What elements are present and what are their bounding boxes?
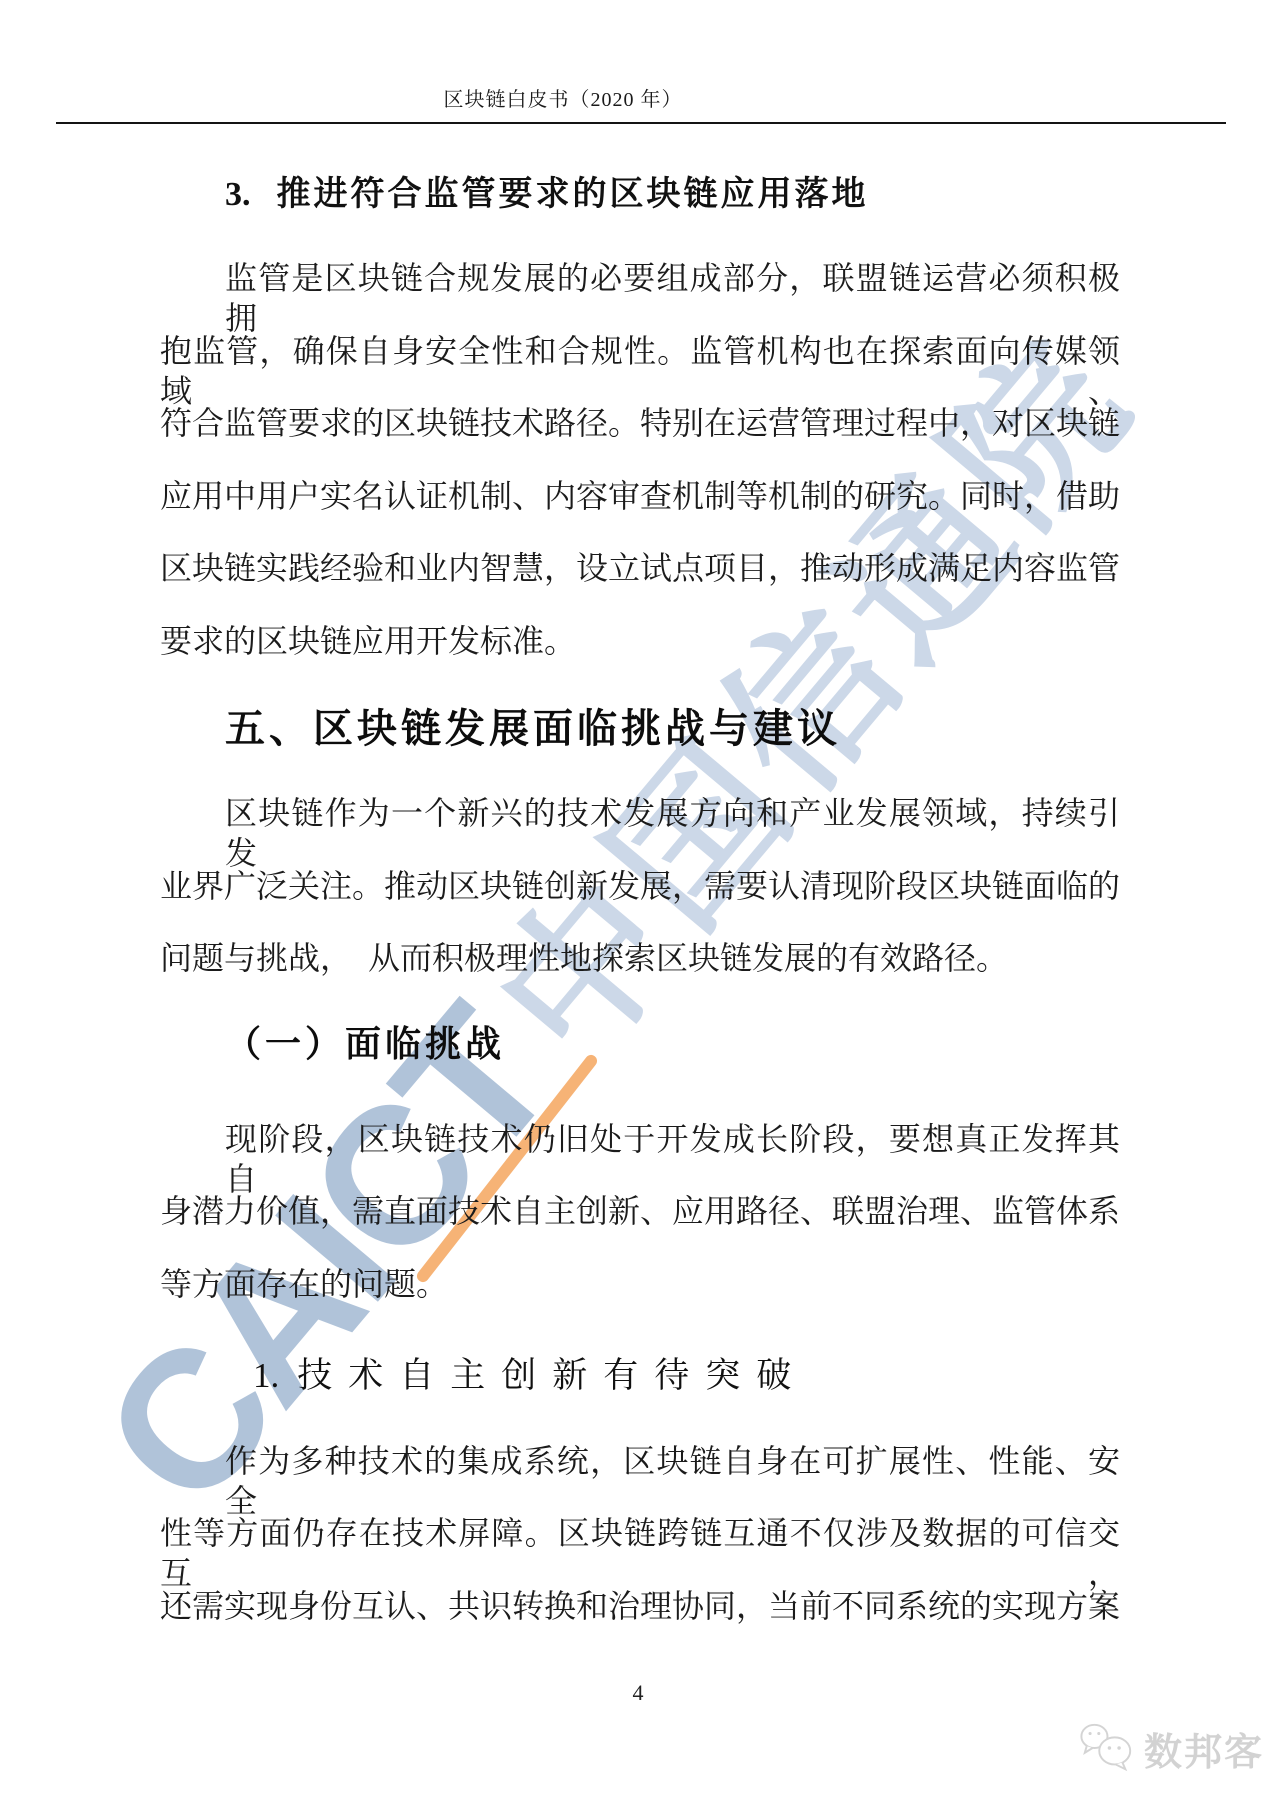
heading-section-3-title: 推进符合监管要求的区块链应用落地: [277, 176, 869, 213]
heading-chapter-5: 五、区块链发展面临挑战与建议: [225, 697, 841, 754]
document-header-title: 区块链白皮书（2020 年）: [0, 83, 1126, 112]
page-number: 4: [0, 1680, 1276, 1706]
brand-logo: 数邦客: [1078, 1720, 1264, 1776]
paragraph-line: 抱监管，确保自身安全性和合规性。监管机构也在探索面向传媒领域、: [160, 331, 1120, 411]
paragraph-line: 符合监管要求的区块链技术路径。特别在运营管理过程中，对区块链: [160, 403, 1120, 443]
paragraph-line: 性等方面仍存在技术屏障。区块链跨链互通不仅涉及数据的可信交互，: [160, 1513, 1120, 1593]
paragraph-line: 应用中用户实名认证机制、内容审查机制等机制的研究。同时，借助: [160, 476, 1120, 516]
heading-subsection-1: （一）面临挑战: [225, 1016, 505, 1067]
heading-item-1-title: 技术自主创新有待突破: [297, 1356, 807, 1395]
heading-item-1: 1.技术自主创新有待突破: [253, 1348, 807, 1398]
heading-item-1-number: 1.: [253, 1356, 279, 1395]
chat-bubbles-icon: [1078, 1720, 1136, 1776]
paragraph-line: 等方面存在的问题。: [160, 1264, 1120, 1304]
paragraph-line: 身潜力价值，需直面技术自主创新、应用路径、联盟治理、监管体系: [160, 1191, 1120, 1231]
heading-section-3-number: 3.: [225, 176, 251, 213]
paragraph-line: 作为多种技术的集成系统，区块链自身在可扩展性、性能、安全: [160, 1441, 1120, 1521]
paragraph-line: 区块链作为一个新兴的技术发展方向和产业发展领域，持续引发: [160, 793, 1120, 873]
paragraph-line: 要求的区块链应用开发标准。: [160, 621, 1120, 661]
paragraph-line: 业界广泛关注。推动区块链创新发展，需要认清现阶段区块链面临的: [160, 866, 1120, 906]
document-page: CAICT 中国信通院 区块链白皮书（2020 年） 3.推进符合监管要求的区块…: [0, 0, 1280, 1811]
paragraph-line: 监管是区块链合规发展的必要组成部分，联盟链运营必须积极拥: [160, 258, 1120, 338]
paragraph-line: 区块链实践经验和业内智慧，设立试点项目，推动形成满足内容监管: [160, 548, 1120, 588]
brand-name: 数邦客: [1144, 1721, 1264, 1776]
header-divider: [56, 122, 1226, 124]
heading-section-3: 3.推进符合监管要求的区块链应用落地: [225, 166, 869, 215]
paragraph-line: 还需实现身份互认、共识转换和治理协同，当前不同系统的实现方案: [160, 1586, 1120, 1626]
paragraph-line: 问题与挑战， 从而积极理性地探索区块链发展的有效路径。: [160, 938, 1120, 978]
paragraph-line: 现阶段，区块链技术仍旧处于开发成长阶段，要想真正发挥其自: [160, 1119, 1120, 1199]
